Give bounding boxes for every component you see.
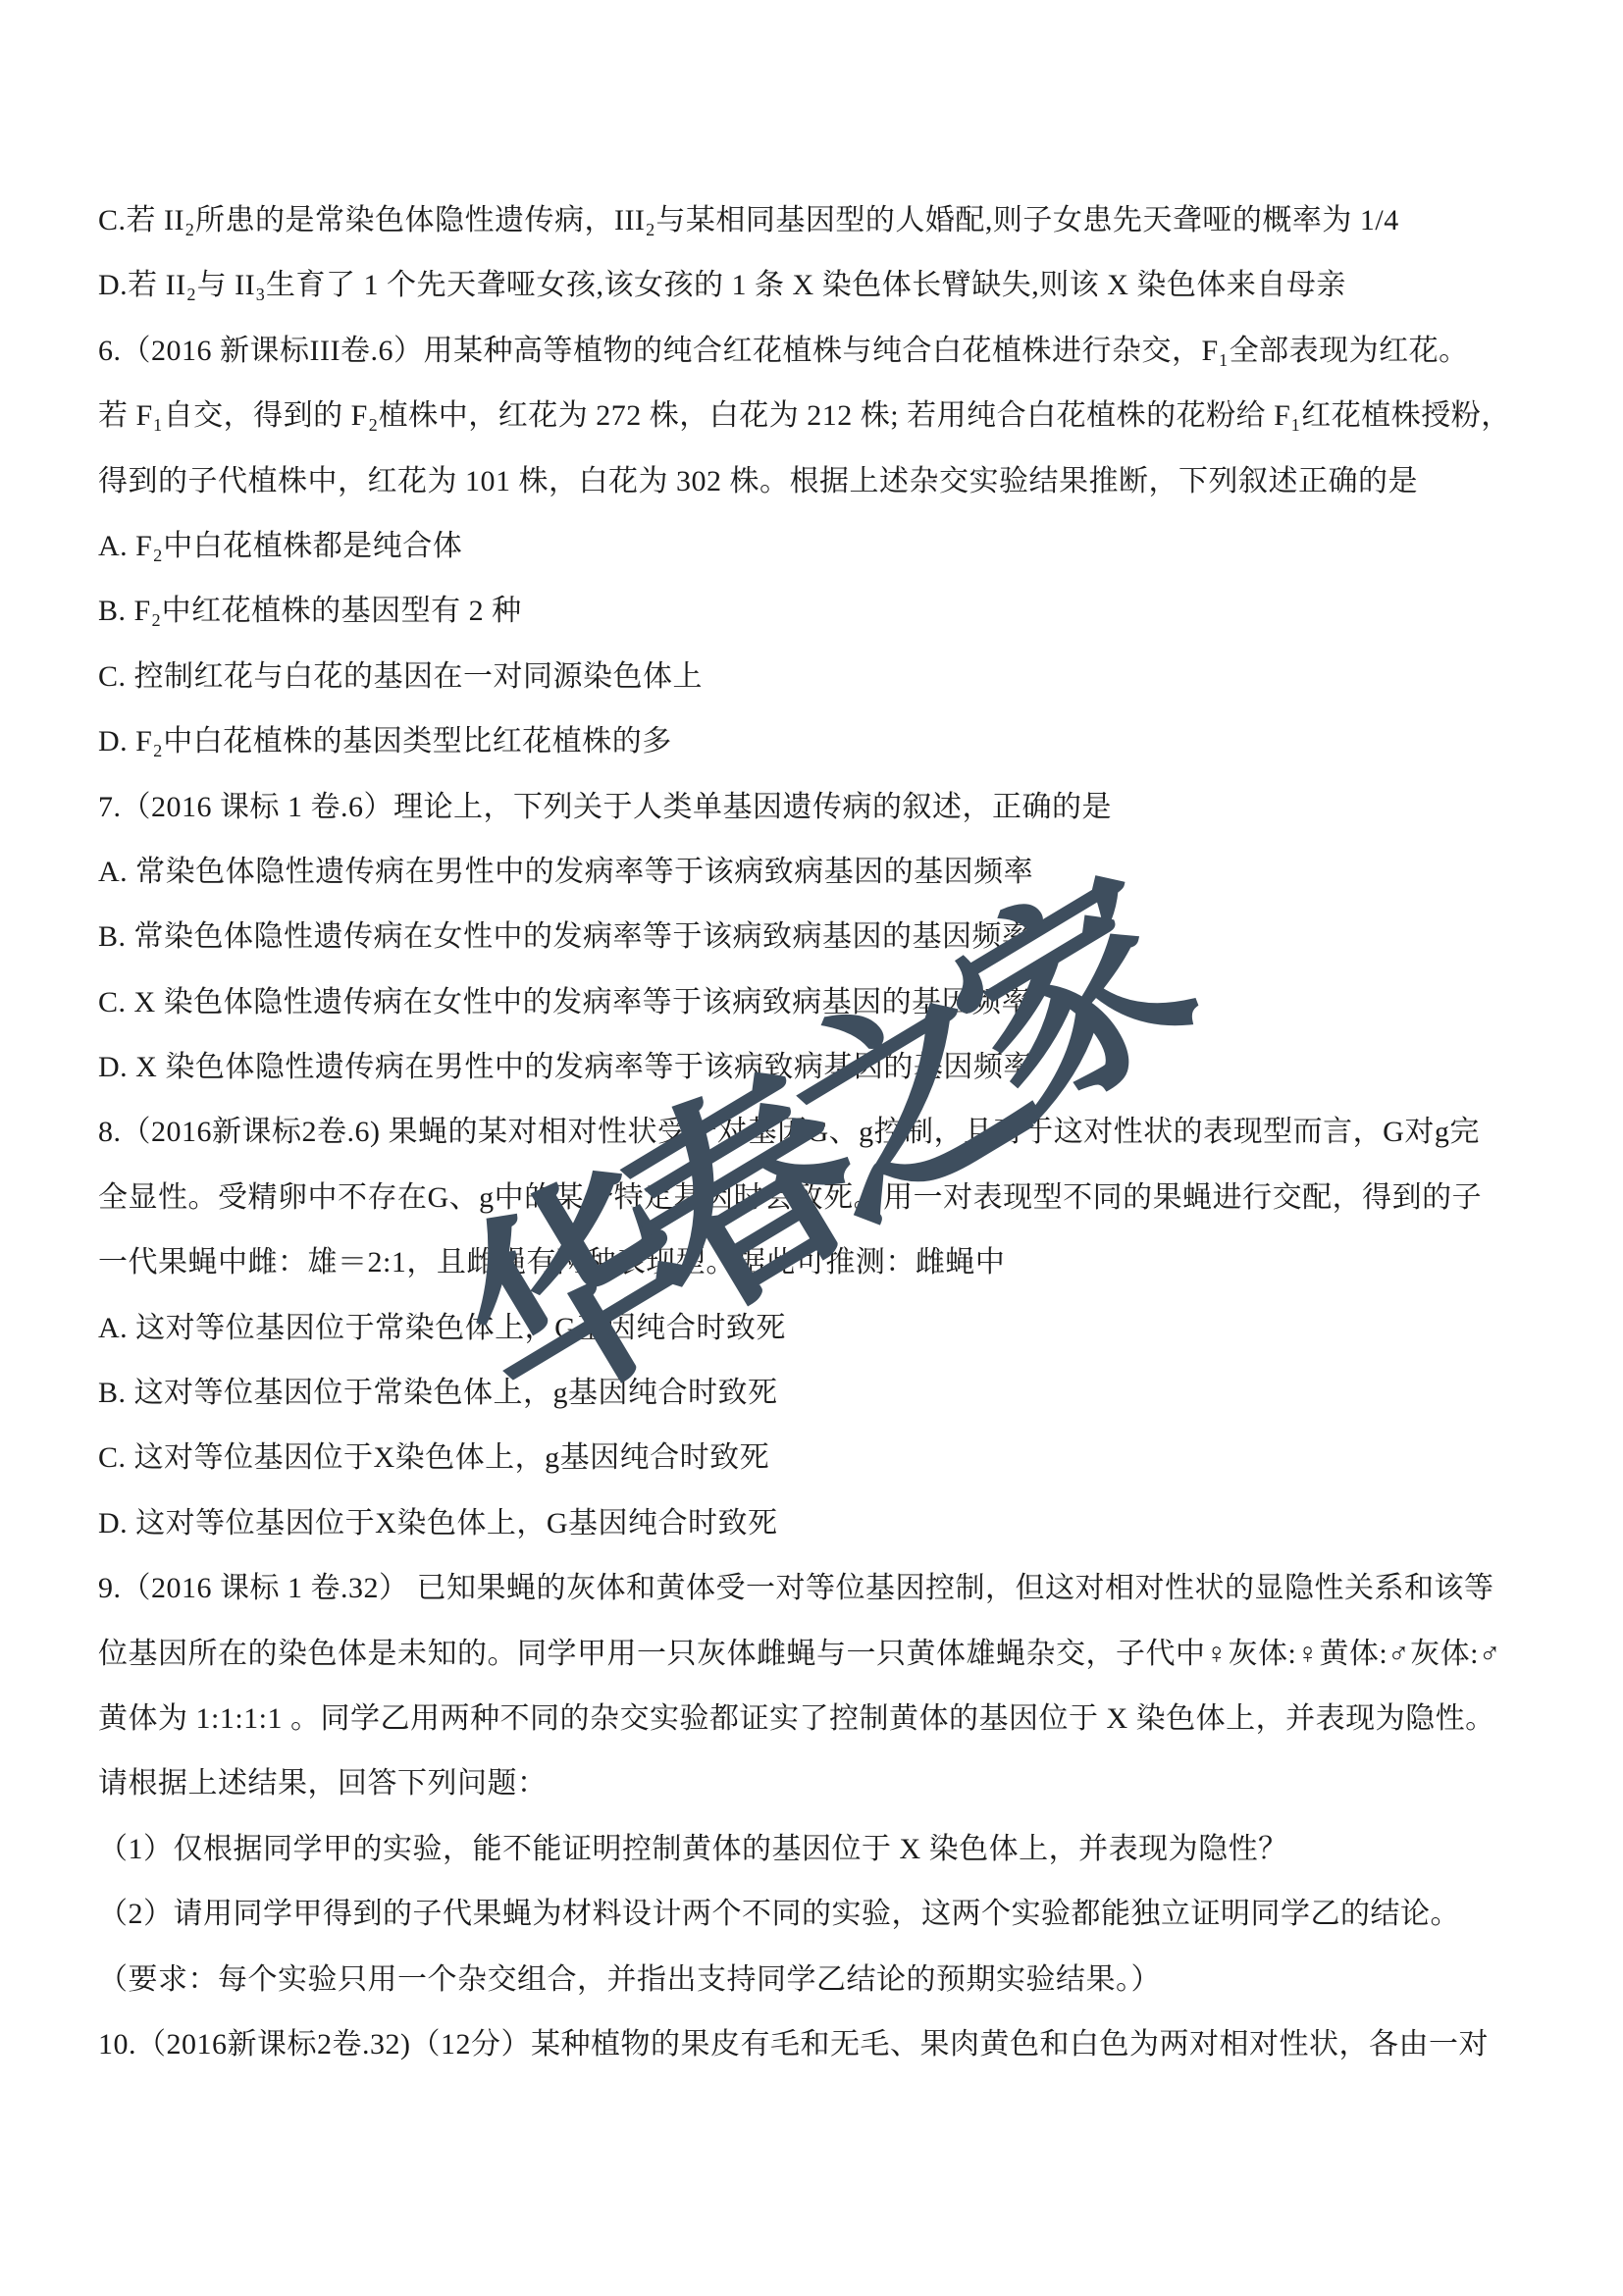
q7-option-c: C. X 染色体隐性遗传病在女性中的发病率等于该病致病基因的基因频率 xyxy=(98,970,1541,1035)
q6-stem-line-2: 若 F₁自交，得到的 F₂植株中，红花为 272 株，白花为 212 株; 若用… xyxy=(98,384,1541,448)
q9-stem-line-1: 9.（2016 课标 1 卷.32） 已知果蝇的灰体和黄体受一对等位基因控制，但… xyxy=(98,1556,1541,1621)
q6-option-c: C. 控制红花与白花的基因在一对同源染色体上 xyxy=(98,645,1541,709)
q7-option-b: B. 常染色体隐性遗传病在女性中的发病率等于该病致病基因的基因频率 xyxy=(98,905,1541,969)
q8-option-c: C. 这对等位基因位于X染色体上，g基因纯合时致死 xyxy=(98,1426,1541,1490)
q10-stem-line-1: 10.（2016新课标2卷.32)（12分）某种植物的果皮有毛和无毛、果肉黄色和… xyxy=(98,2012,1541,2077)
q7-option-d: D. X 染色体隐性遗传病在男性中的发病率等于该病致病基因的基因频率 xyxy=(98,1035,1541,1100)
q9-prompt: 请根据上述结果，回答下列问题： xyxy=(98,1751,1541,1816)
exam-document-page: C.若 II₂所患的是常染色体隐性遗传病，III₂与某相同基因型的人婚配,则子女… xyxy=(0,0,1623,2296)
q6-stem-line-1: 6.（2016 新课标III卷.6）用某种高等植物的纯合红花植株与纯合白花植株进… xyxy=(98,319,1541,384)
q5-option-c: C.若 II₂所患的是常染色体隐性遗传病，III₂与某相同基因型的人婚配,则子女… xyxy=(98,188,1541,253)
q7-option-a: A. 常染色体隐性遗传病在男性中的发病率等于该病致病基因的基因频率 xyxy=(98,840,1541,905)
q6-option-d: D. F₂中白花植株的基因类型比红花植株的多 xyxy=(98,709,1541,774)
q9-stem-line-2: 位基因所在的染色体是未知的。同学甲用一只灰体雌蝇与一只黄体雄蝇杂交，子代中♀灰体… xyxy=(98,1622,1541,1687)
q6-option-b: B. F₂中红花植株的基因型有 2 种 xyxy=(98,579,1541,644)
q9-requirement: （要求：每个实验只用一个杂交组合，并指出支持同学乙结论的预期实验结果。） xyxy=(98,1948,1541,2012)
q5-option-d: D.若 II₂与 II₃生育了 1 个先天聋哑女孩,该女孩的 1 条 X 染色体… xyxy=(98,253,1541,318)
q8-option-b: B. 这对等位基因位于常染色体上，g基因纯合时致死 xyxy=(98,1361,1541,1426)
q6-stem-line-3: 得到的子代植株中，红花为 101 株，白花为 302 株。根据上述杂交实验结果推… xyxy=(98,449,1541,514)
q8-option-a: A. 这对等位基因位于常染色体上，G基因纯合时致死 xyxy=(98,1296,1541,1361)
q8-stem-line-2: 全显性。受精卵中不存在G、g中的某个特定基因时会致死。用一对表现型不同的果蝇进行… xyxy=(98,1166,1541,1230)
q8-option-d: D. 这对等位基因位于X染色体上，G基因纯合时致死 xyxy=(98,1491,1541,1556)
q8-stem-line-1: 8.（2016新课标2卷.6) 果蝇的某对相对性状受一对基因G、g控制，且对于这… xyxy=(98,1100,1541,1165)
document-content: C.若 II₂所患的是常染色体隐性遗传病，III₂与某相同基因型的人婚配,则子女… xyxy=(98,188,1541,2077)
q7-stem: 7.（2016 课标 1 卷.6）理论上，下列关于人类单基因遗传病的叙述，正确的… xyxy=(98,775,1541,840)
q9-stem-line-3: 黄体为 1:1:1:1 。同学乙用两种不同的杂交实验都证实了控制黄体的基因位于 … xyxy=(98,1687,1541,1751)
q6-option-a: A. F₂中白花植株都是纯合体 xyxy=(98,514,1541,579)
q9-subquestion-1: （1）仅根据同学甲的实验，能不能证明控制黄体的基因位于 X 染色体上，并表现为隐… xyxy=(98,1817,1541,1882)
q9-subquestion-2: （2）请用同学甲得到的子代果蝇为材料设计两个不同的实验，这两个实验都能独立证明同… xyxy=(98,1882,1541,1947)
q8-stem-line-3: 一代果蝇中雌：雄＝2:1，且雌蝇有两种表现型。据此可推测：雌蝇中 xyxy=(98,1230,1541,1295)
